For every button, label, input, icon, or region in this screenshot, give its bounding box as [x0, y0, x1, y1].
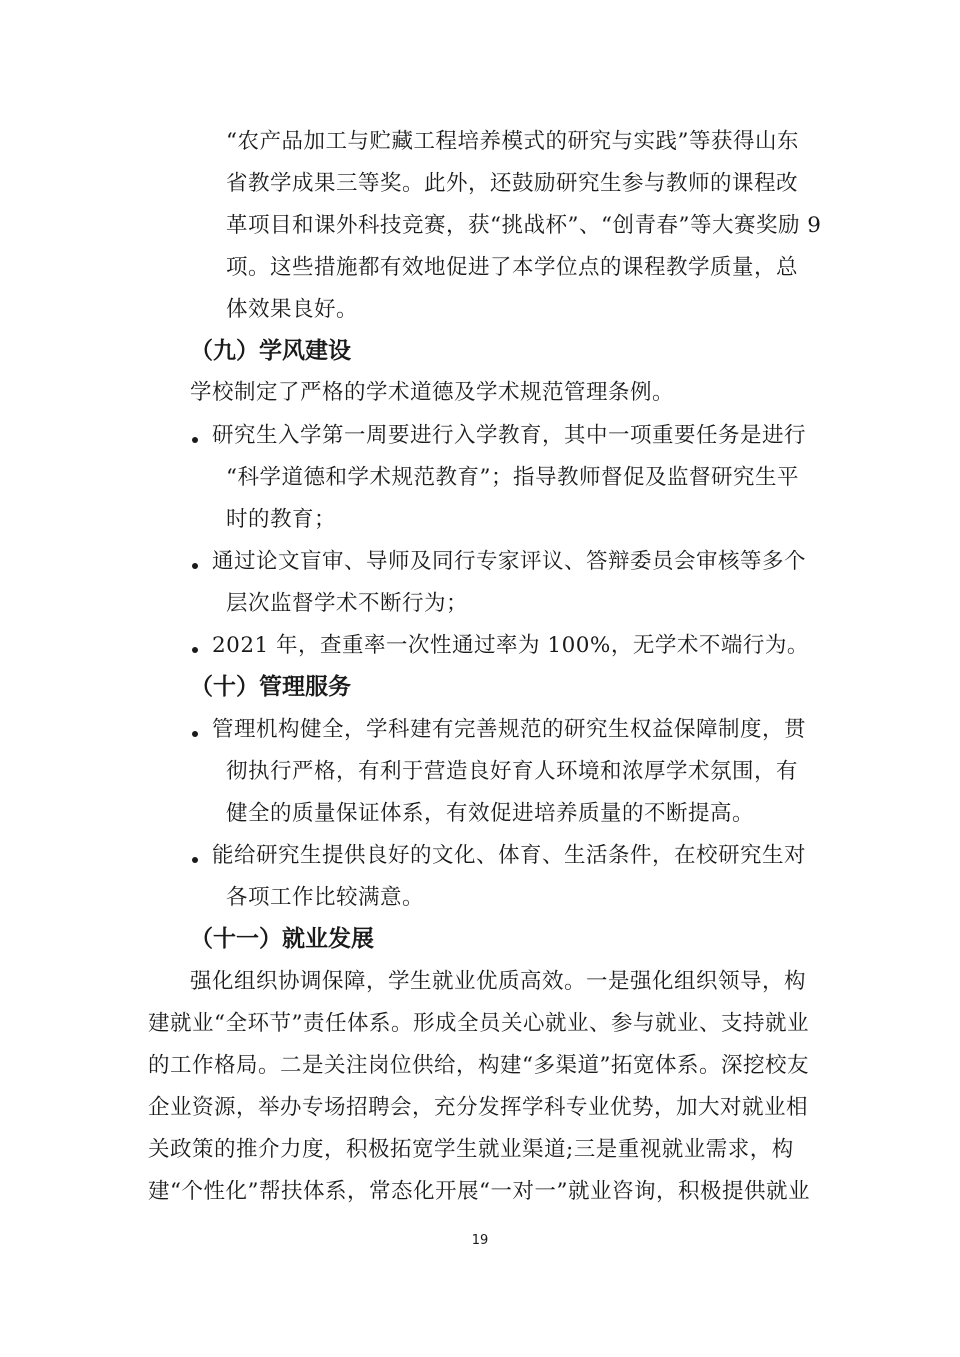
section-heading: （九）学风建设 [190, 335, 351, 367]
list-item-line: 彻执行严格，有利于营造良好育人环境和浓厚学术氛围，有 [226, 757, 798, 787]
paragraph-line: 学校制定了严格的学术道德及学术规范管理条例。 [190, 378, 674, 408]
bullet-icon [192, 563, 198, 569]
paragraph-line: 省教学成果三等奖。此外，还鼓励研究生参与教师的课程改 [226, 169, 798, 199]
paragraph-line: 建“个性化”帮扶体系，常态化开展“一对一”就业咨询，积极提供就业 [148, 1177, 810, 1207]
paragraph-line: 企业资源，举办专场招聘会，充分发挥学科专业优势，加大对就业相 [148, 1093, 808, 1123]
list-item-line: 层次监督学术不断行为； [226, 589, 468, 619]
paragraph-line: 关政策的推介力度，积极拓宽学生就业渠道;三是重视就业需求，构 [148, 1135, 794, 1165]
section-heading: （十）管理服务 [190, 671, 351, 703]
list-item-line: 管理机构健全，学科建有完善规范的研究生权益保障制度，贯 [212, 715, 806, 745]
paragraph-line: 强化组织协调保障，学生就业优质高效。一是强化组织领导，构 [190, 967, 806, 997]
bullet-icon [192, 857, 198, 863]
section-heading: （十一）就业发展 [190, 923, 374, 955]
list-item-line: 各项工作比较满意。 [226, 883, 424, 913]
paragraph-line: “农产品加工与贮藏工程培养模式的研究与实践”等获得山东 [226, 127, 799, 157]
list-item-line: 2021 年，查重率一次性通过率为 100%，无学术不端行为。 [212, 631, 809, 661]
bullet-icon [192, 437, 198, 443]
list-item-line: “科学道德和学术规范教育”；指导教师督促及监督研究生平 [226, 463, 799, 493]
paragraph-line: 建就业“全环节”责任体系。形成全员关心就业、参与就业、支持就业 [148, 1009, 809, 1039]
bullet-icon [192, 647, 198, 653]
paragraph-line: 革项目和课外科技竞赛，获“挑战杯”、“创青春”等大赛奖励 9 [226, 211, 821, 241]
list-item-line: 健全的质量保证体系，有效促进培养质量的不断提高。 [226, 799, 754, 829]
list-item-line: 能给研究生提供良好的文化、体育、生活条件，在校研究生对 [212, 841, 806, 871]
paragraph-line: 项。这些措施都有效地促进了本学位点的课程教学质量，总 [226, 253, 798, 283]
bullet-icon [192, 731, 198, 737]
list-item-line: 研究生入学第一周要进行入学教育，其中一项重要任务是进行 [212, 421, 806, 451]
paragraph-line: 体效果良好。 [226, 295, 358, 325]
list-item-line: 通过论文盲审、导师及同行专家评议、答辩委员会审核等多个 [212, 547, 806, 577]
paragraph-line: 的工作格局。二是关注岗位供给，构建“多渠道”拓宽体系。深挖校友 [148, 1051, 809, 1081]
page-number: 19 [0, 1233, 960, 1248]
list-item-line: 时的教育； [226, 505, 336, 535]
